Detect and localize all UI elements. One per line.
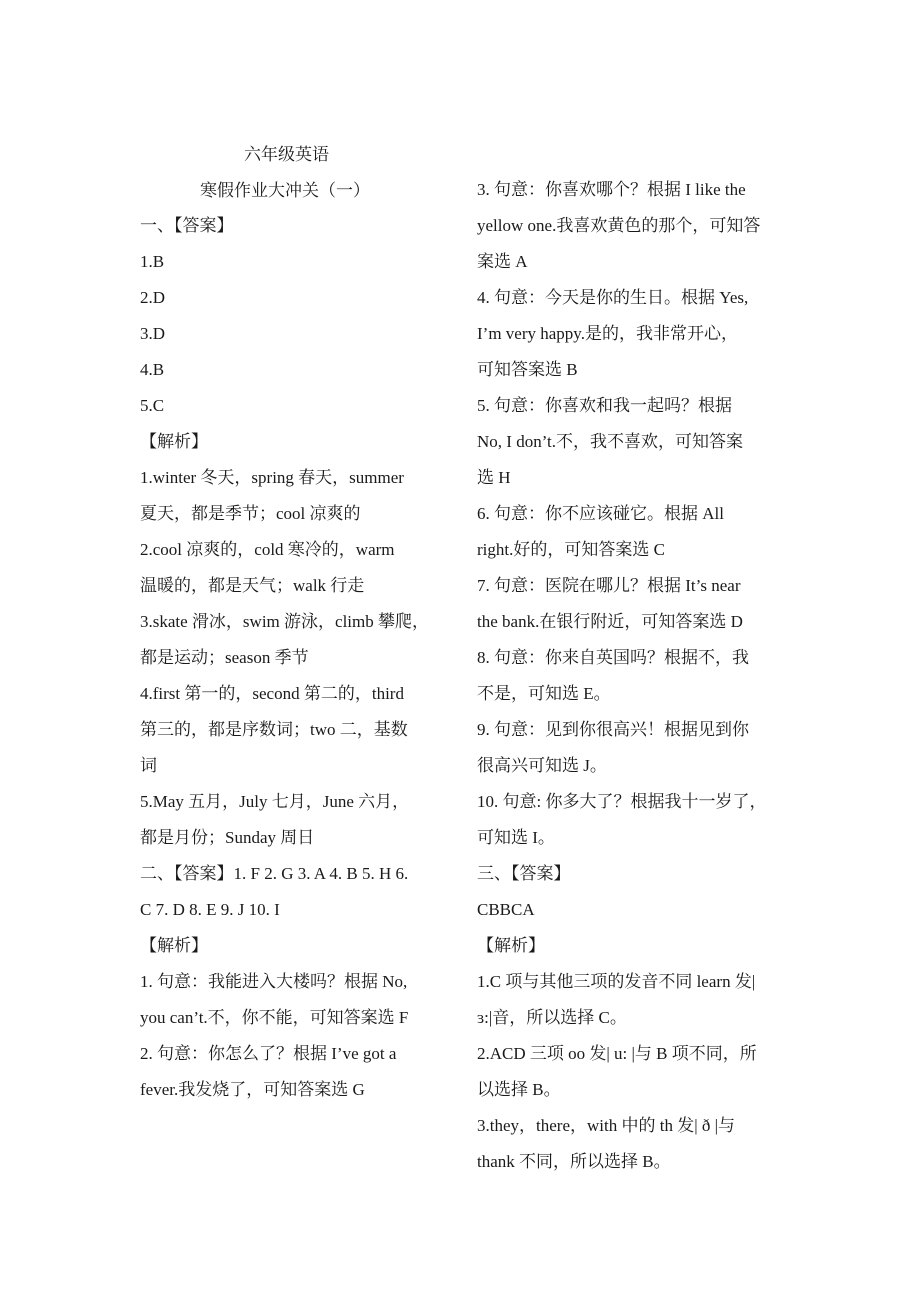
analysis-line: yellow one.我喜欢黄色的那个，可知答 [477, 208, 787, 244]
section-1-answer-heading: 一、【答案】 [140, 208, 448, 244]
answer-line: 4.B [140, 352, 448, 388]
analysis-line: 第三的，都是序数词；two 二，基数 [140, 712, 448, 748]
section-2-answer-line: C 7. D 8. E 9. J 10. I [140, 892, 448, 928]
analysis-line: 4. 句意：今天是你的生日。根据 Yes, [477, 280, 787, 316]
analysis-line: 选 H [477, 460, 787, 496]
analysis-line: 3.skate 滑冰，swim 游泳，climb 攀爬， [140, 604, 448, 640]
analysis-line: thank 不同，所以选择 B。 [477, 1144, 787, 1180]
section-3-answer-line: CBBCA [477, 892, 787, 928]
analysis-line: 都是月份；Sunday 周日 [140, 820, 448, 856]
analysis-line: 7. 句意：医院在哪儿？根据 It’s near [477, 568, 787, 604]
document-subtitle: 寒假作业大冲关（一） [200, 179, 370, 203]
analysis-line: 夏天，都是季节；cool 凉爽的 [140, 496, 448, 532]
section-3-answer-heading: 三、【答案】 [477, 856, 787, 892]
analysis-line: 都是运动；season 季节 [140, 640, 448, 676]
analysis-line: 5. 句意：你喜欢和我一起吗？根据 [477, 388, 787, 424]
analysis-line: 6. 句意：你不应该碰它。根据 All [477, 496, 787, 532]
analysis-line: 8. 句意：你来自英国吗？根据不，我 [477, 640, 787, 676]
analysis-line: 可知选 I。 [477, 820, 787, 856]
analysis-heading: 【解析】 [477, 928, 787, 964]
analysis-line: right.好的，可知答案选 C [477, 532, 787, 568]
section-2-answer-line: 二、【答案】1. F 2. G 3. A 4. B 5. H 6. [140, 856, 448, 892]
left-column: 一、【答案】 1.B 2.D 3.D 4.B 5.C 【解析】 1.winter… [140, 208, 448, 1108]
analysis-line: 3.they，there，with 中的 th 发| ð |与 [477, 1108, 787, 1144]
analysis-line: 9. 句意：见到你很高兴！根据见到你 [477, 712, 787, 748]
analysis-line: 案选 A [477, 244, 787, 280]
analysis-line: 以选择 B。 [477, 1072, 787, 1108]
analysis-line: 2.ACD 三项 oo 发| u: |与 B 项不同，所 [477, 1036, 787, 1072]
document-title: 六年级英语 [244, 143, 329, 167]
analysis-heading: 【解析】 [140, 424, 448, 460]
answer-line: 1.B [140, 244, 448, 280]
document-page: 六年级英语 寒假作业大冲关（一） 一、【答案】 1.B 2.D 3.D 4.B … [0, 0, 920, 1302]
analysis-line: 1.C 项与其他三项的发音不同 learn 发| [477, 964, 787, 1000]
answer-line: 3.D [140, 316, 448, 352]
analysis-line: 词 [140, 748, 448, 784]
analysis-line: you can’t.不，你不能，可知答案选 F [140, 1000, 448, 1036]
analysis-line: 10. 句意: 你多大了？根据我十一岁了， [477, 784, 787, 820]
analysis-line: the bank.在银行附近，可知答案选 D [477, 604, 787, 640]
analysis-line: 5.May 五月，July 七月，June 六月， [140, 784, 448, 820]
analysis-line: 2. 句意：你怎么了？根据 I’ve got a [140, 1036, 448, 1072]
analysis-line: 4.first 第一的，second 第二的，third [140, 676, 448, 712]
analysis-line: 很高兴可知选 J。 [477, 748, 787, 784]
analysis-line: 可知答案选 B [477, 352, 787, 388]
analysis-line: 2.cool 凉爽的，cold 寒冷的，warm [140, 532, 448, 568]
analysis-line: 不是，可知选 E。 [477, 676, 787, 712]
answer-line: 5.C [140, 388, 448, 424]
right-column: 3. 句意：你喜欢哪个？根据 I like the yellow one.我喜欢… [477, 172, 787, 1180]
analysis-line: 1. 句意：我能进入大楼吗？根据 No, [140, 964, 448, 1000]
analysis-line: No, I don’t.不，我不喜欢，可知答案 [477, 424, 787, 460]
answer-line: 2.D [140, 280, 448, 316]
analysis-line: 温暖的，都是天气；walk 行走 [140, 568, 448, 604]
analysis-line: 1.winter 冬天，spring 春天，summer [140, 460, 448, 496]
analysis-line: ɜ:|音，所以选择 C。 [477, 1000, 787, 1036]
analysis-line: 3. 句意：你喜欢哪个？根据 I like the [477, 172, 787, 208]
analysis-line: fever.我发烧了，可知答案选 G [140, 1072, 448, 1108]
analysis-line: I’m very happy.是的，我非常开心， [477, 316, 787, 352]
analysis-heading: 【解析】 [140, 928, 448, 964]
